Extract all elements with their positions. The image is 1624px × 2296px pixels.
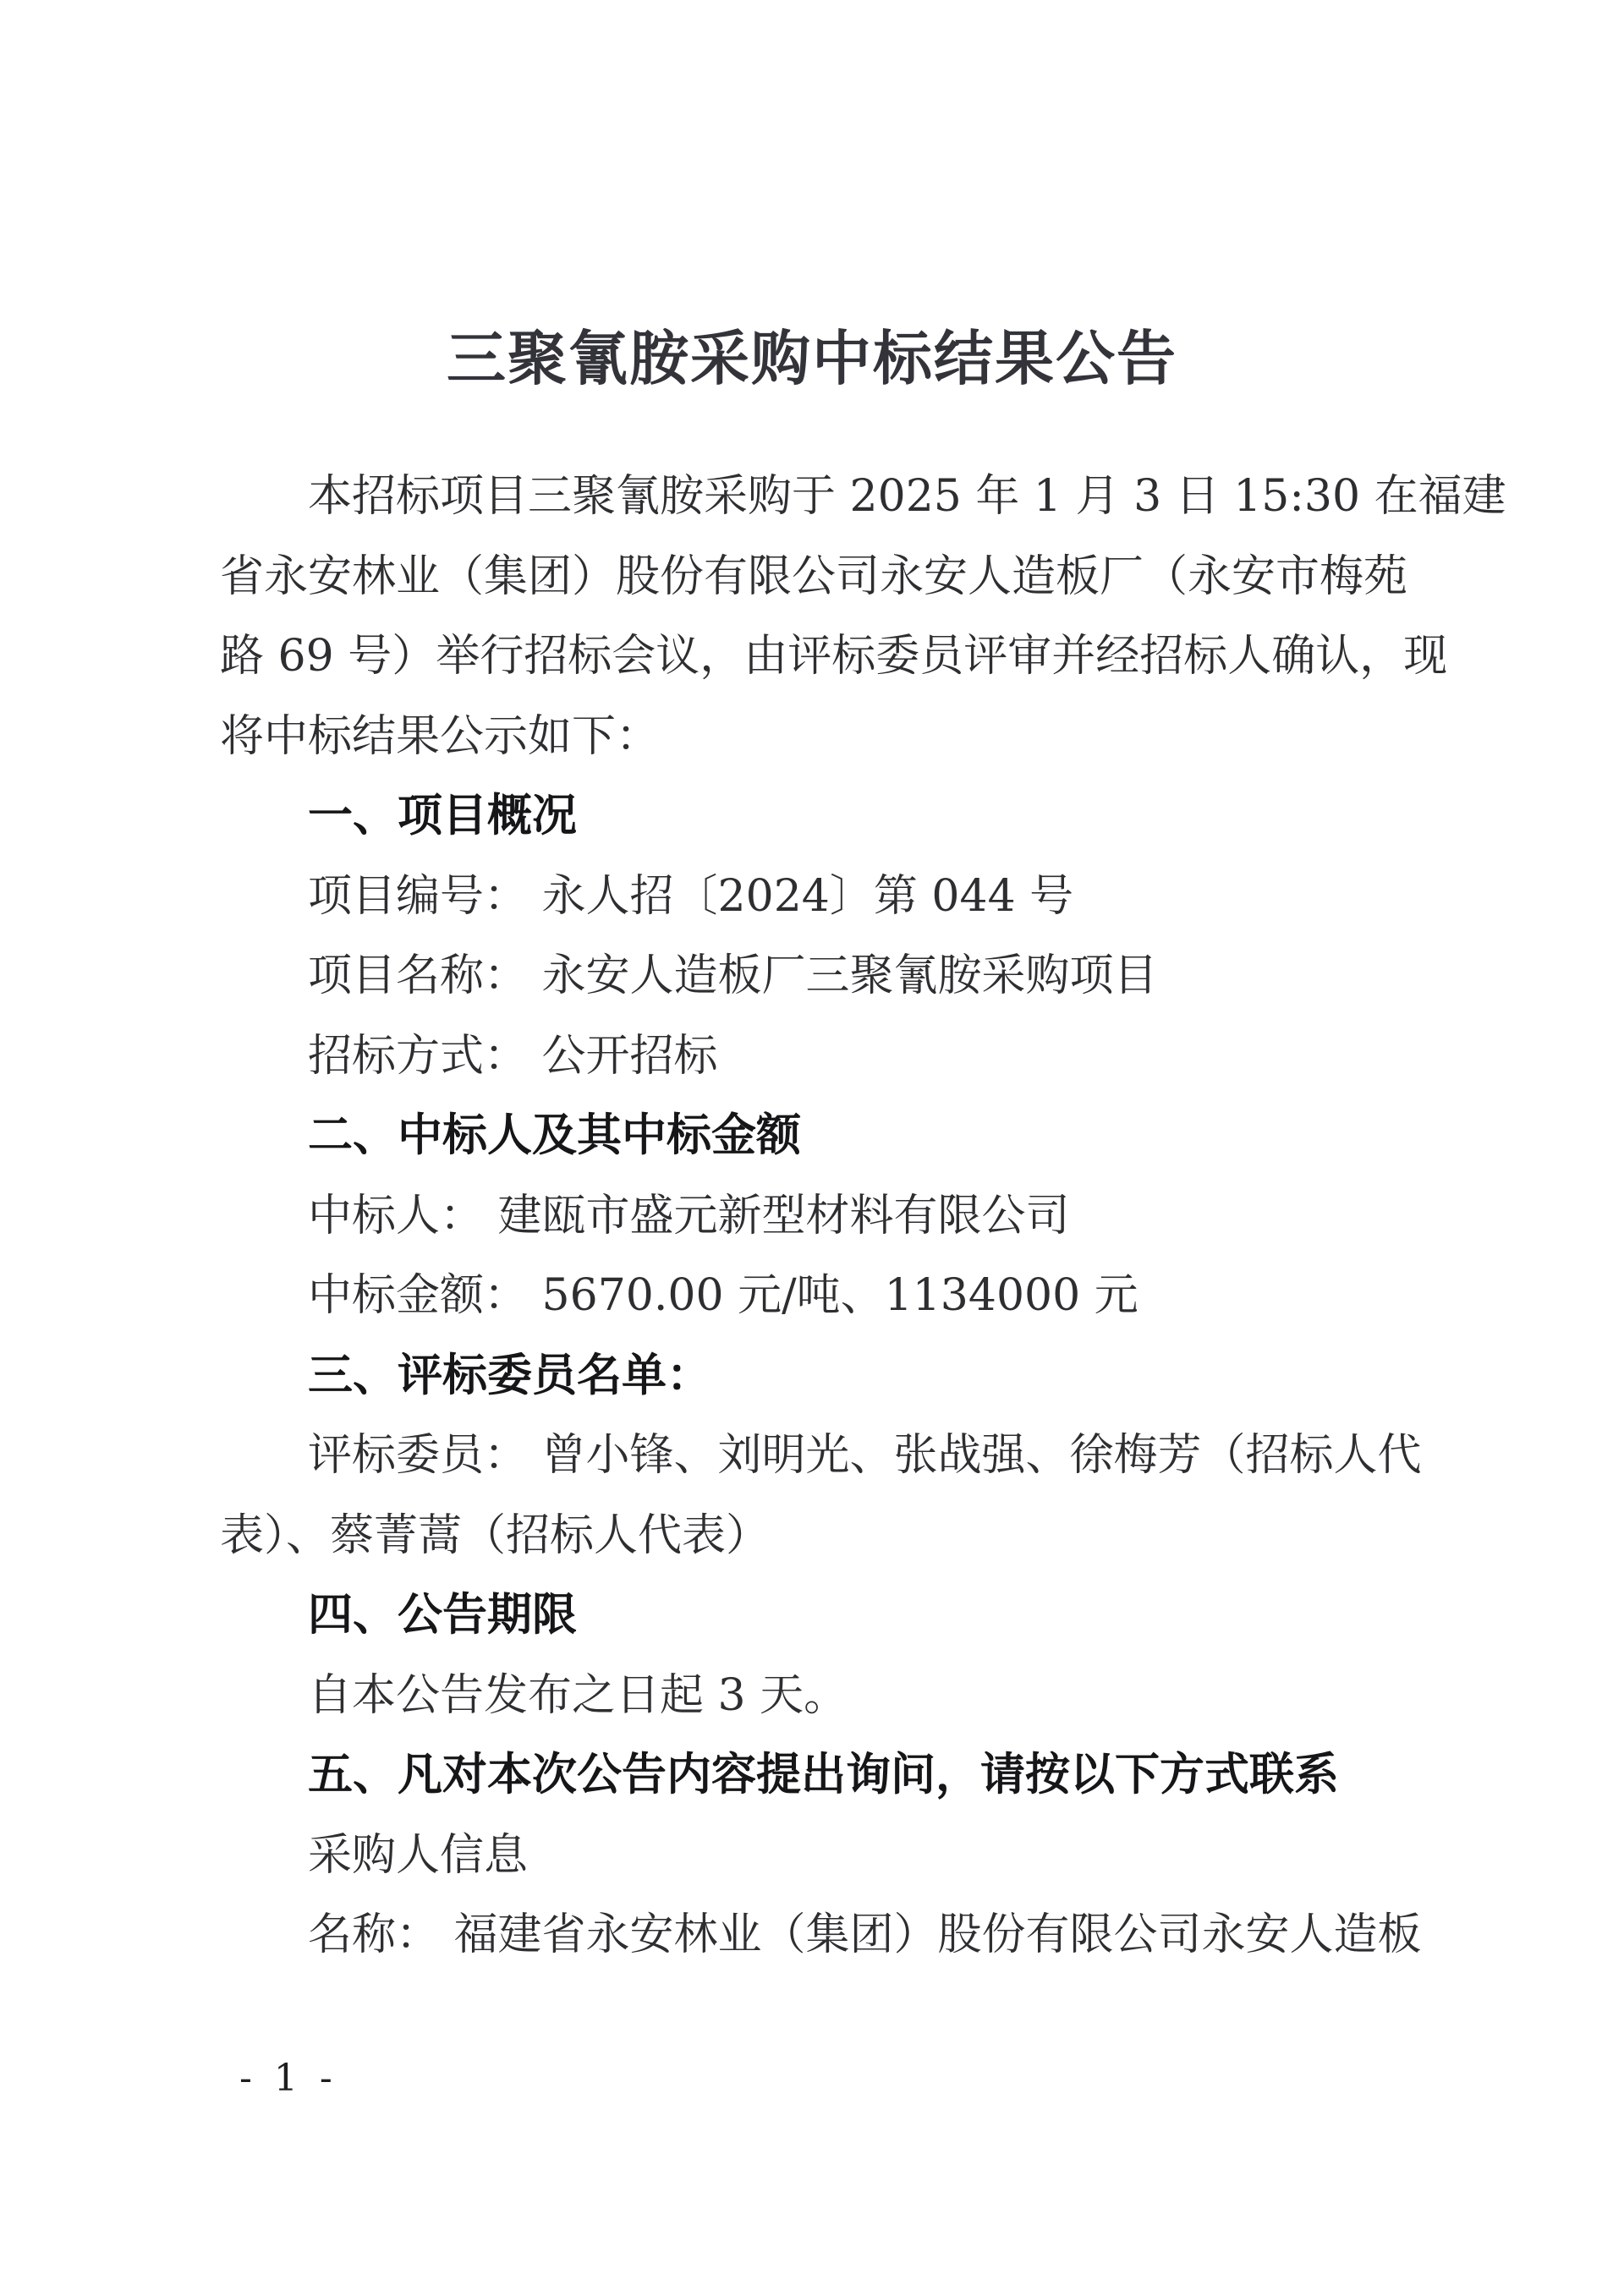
evaluation-committee-line-1: 评标委员： 曾小锋、刘明光、张战强、徐梅芳（招标人代 (220, 1416, 1413, 1496)
purchaser-name-line: 名称： 福建省永安林业（集团）股份有限公司永安人造板 (220, 1895, 1413, 1975)
document-body: 本招标项目三聚氰胺采购于 2025 年 1 月 3 日 15:30 在福建 省永… (220, 457, 1413, 1975)
page-number: - 1 - (239, 2053, 337, 2104)
paragraph-line-3: 路 69 号）举行招标会议，由评标委员评审并经招标人确认，现 (220, 616, 1413, 697)
purchaser-info-label: 采购人信息 (220, 1816, 1413, 1896)
paragraph-line-4: 将中标结果公示如下： (220, 697, 1413, 777)
section-heading-1: 一、项目概况 (220, 776, 1413, 857)
project-number-line: 项目编号： 永人招〔2024〕第 044 号 (220, 857, 1413, 937)
section-heading-3: 三、评标委员名单： (220, 1336, 1413, 1417)
paragraph-line-2: 省永安林业（集团）股份有限公司永安人造板厂（永安市梅苑 (220, 537, 1413, 617)
announcement-period-line: 自本公告发布之日起 3 天。 (220, 1656, 1413, 1736)
section-heading-5: 五、凡对本次公告内容提出询问，请按以下方式联系 (220, 1735, 1413, 1816)
section-heading-4: 四、公告期限 (220, 1575, 1413, 1656)
bidding-method-line: 招标方式： 公开招标 (220, 1016, 1413, 1097)
section-heading-2: 二、中标人及其中标金额 (220, 1096, 1413, 1176)
document-title-text: 三聚氰胺采购中标结果公告 (447, 323, 1177, 393)
winning-bidder-line: 中标人： 建瓯市盛元新型材料有限公司 (220, 1176, 1413, 1257)
paragraph-line-1: 本招标项目三聚氰胺采购于 2025 年 1 月 3 日 15:30 在福建 (220, 457, 1413, 537)
evaluation-committee-line-2: 表）、蔡菁蒿（招标人代表） (220, 1496, 1413, 1576)
document-page: 三聚氰胺采购中标结果公告 本招标项目三聚氰胺采购于 2025 年 1 月 3 日… (0, 0, 1624, 2296)
project-name-line: 项目名称： 永安人造板厂三聚氰胺采购项目 (220, 936, 1413, 1016)
winning-amount-line: 中标金额： 5670.00 元/吨、1134000 元 (220, 1256, 1413, 1336)
document-title: 三聚氰胺采购中标结果公告 (0, 321, 1624, 397)
